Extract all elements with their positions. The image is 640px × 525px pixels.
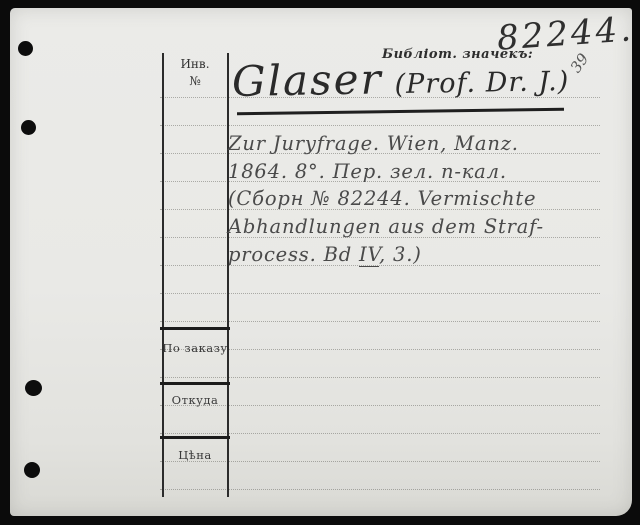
entry-line: Abhandlungen aus dem Straf- bbox=[228, 213, 628, 241]
entry-line: 1864. 8°. Пер. зел. п-кал. bbox=[228, 158, 628, 186]
section-separator bbox=[160, 327, 230, 330]
author-qualifier: (Prof. Dr. J.) bbox=[394, 66, 569, 100]
entry-line: (Сборн № 82244. Vermischte bbox=[228, 185, 628, 213]
origin-label: Откуда bbox=[162, 393, 228, 407]
ruled-line bbox=[160, 125, 600, 126]
library-stamp-annotation: 39 bbox=[567, 50, 593, 76]
scan-background: Инв. № По заказу Откуда Цѣна Библіот. зн… bbox=[0, 0, 640, 525]
ruled-line bbox=[160, 377, 600, 378]
catalog-card: Инв. № По заказу Откуда Цѣна Библіот. зн… bbox=[10, 8, 632, 516]
price-label: Цѣна bbox=[162, 448, 228, 462]
punch-hole bbox=[21, 120, 36, 135]
column-divider-right bbox=[227, 53, 229, 497]
heading-underline bbox=[237, 108, 564, 116]
entry-volume-numeral: IV bbox=[359, 243, 379, 267]
entry-line5-suffix: , 3.) bbox=[379, 243, 422, 266]
entry-line: Zur Juryfrage. Wien, Manz. bbox=[228, 130, 628, 158]
punch-hole bbox=[24, 462, 40, 478]
ruled-line bbox=[160, 293, 600, 294]
inventory-label-line1: Инв. bbox=[162, 56, 228, 73]
entry-line: process. Bd IV, 3.) bbox=[228, 241, 628, 269]
entry-line5-prefix: process. Bd bbox=[228, 243, 359, 266]
order-label: По заказу bbox=[162, 341, 228, 355]
section-separator bbox=[160, 382, 230, 385]
ruled-line bbox=[160, 321, 600, 322]
bibliographic-entry: Zur Juryfrage. Wien, Manz. 1864. 8°. Пер… bbox=[228, 130, 628, 269]
author-heading: Glaser (Prof. Dr. J.) bbox=[232, 51, 570, 106]
inventory-label-line2: № bbox=[162, 73, 228, 90]
section-separator bbox=[160, 436, 230, 439]
punch-hole bbox=[18, 41, 33, 56]
ruled-line bbox=[160, 489, 600, 490]
author-name: Glaser bbox=[232, 54, 383, 106]
inventory-number-label: Инв. № bbox=[162, 56, 228, 90]
ruled-line bbox=[160, 433, 600, 434]
column-divider-left bbox=[162, 53, 164, 497]
punch-hole bbox=[25, 380, 42, 396]
